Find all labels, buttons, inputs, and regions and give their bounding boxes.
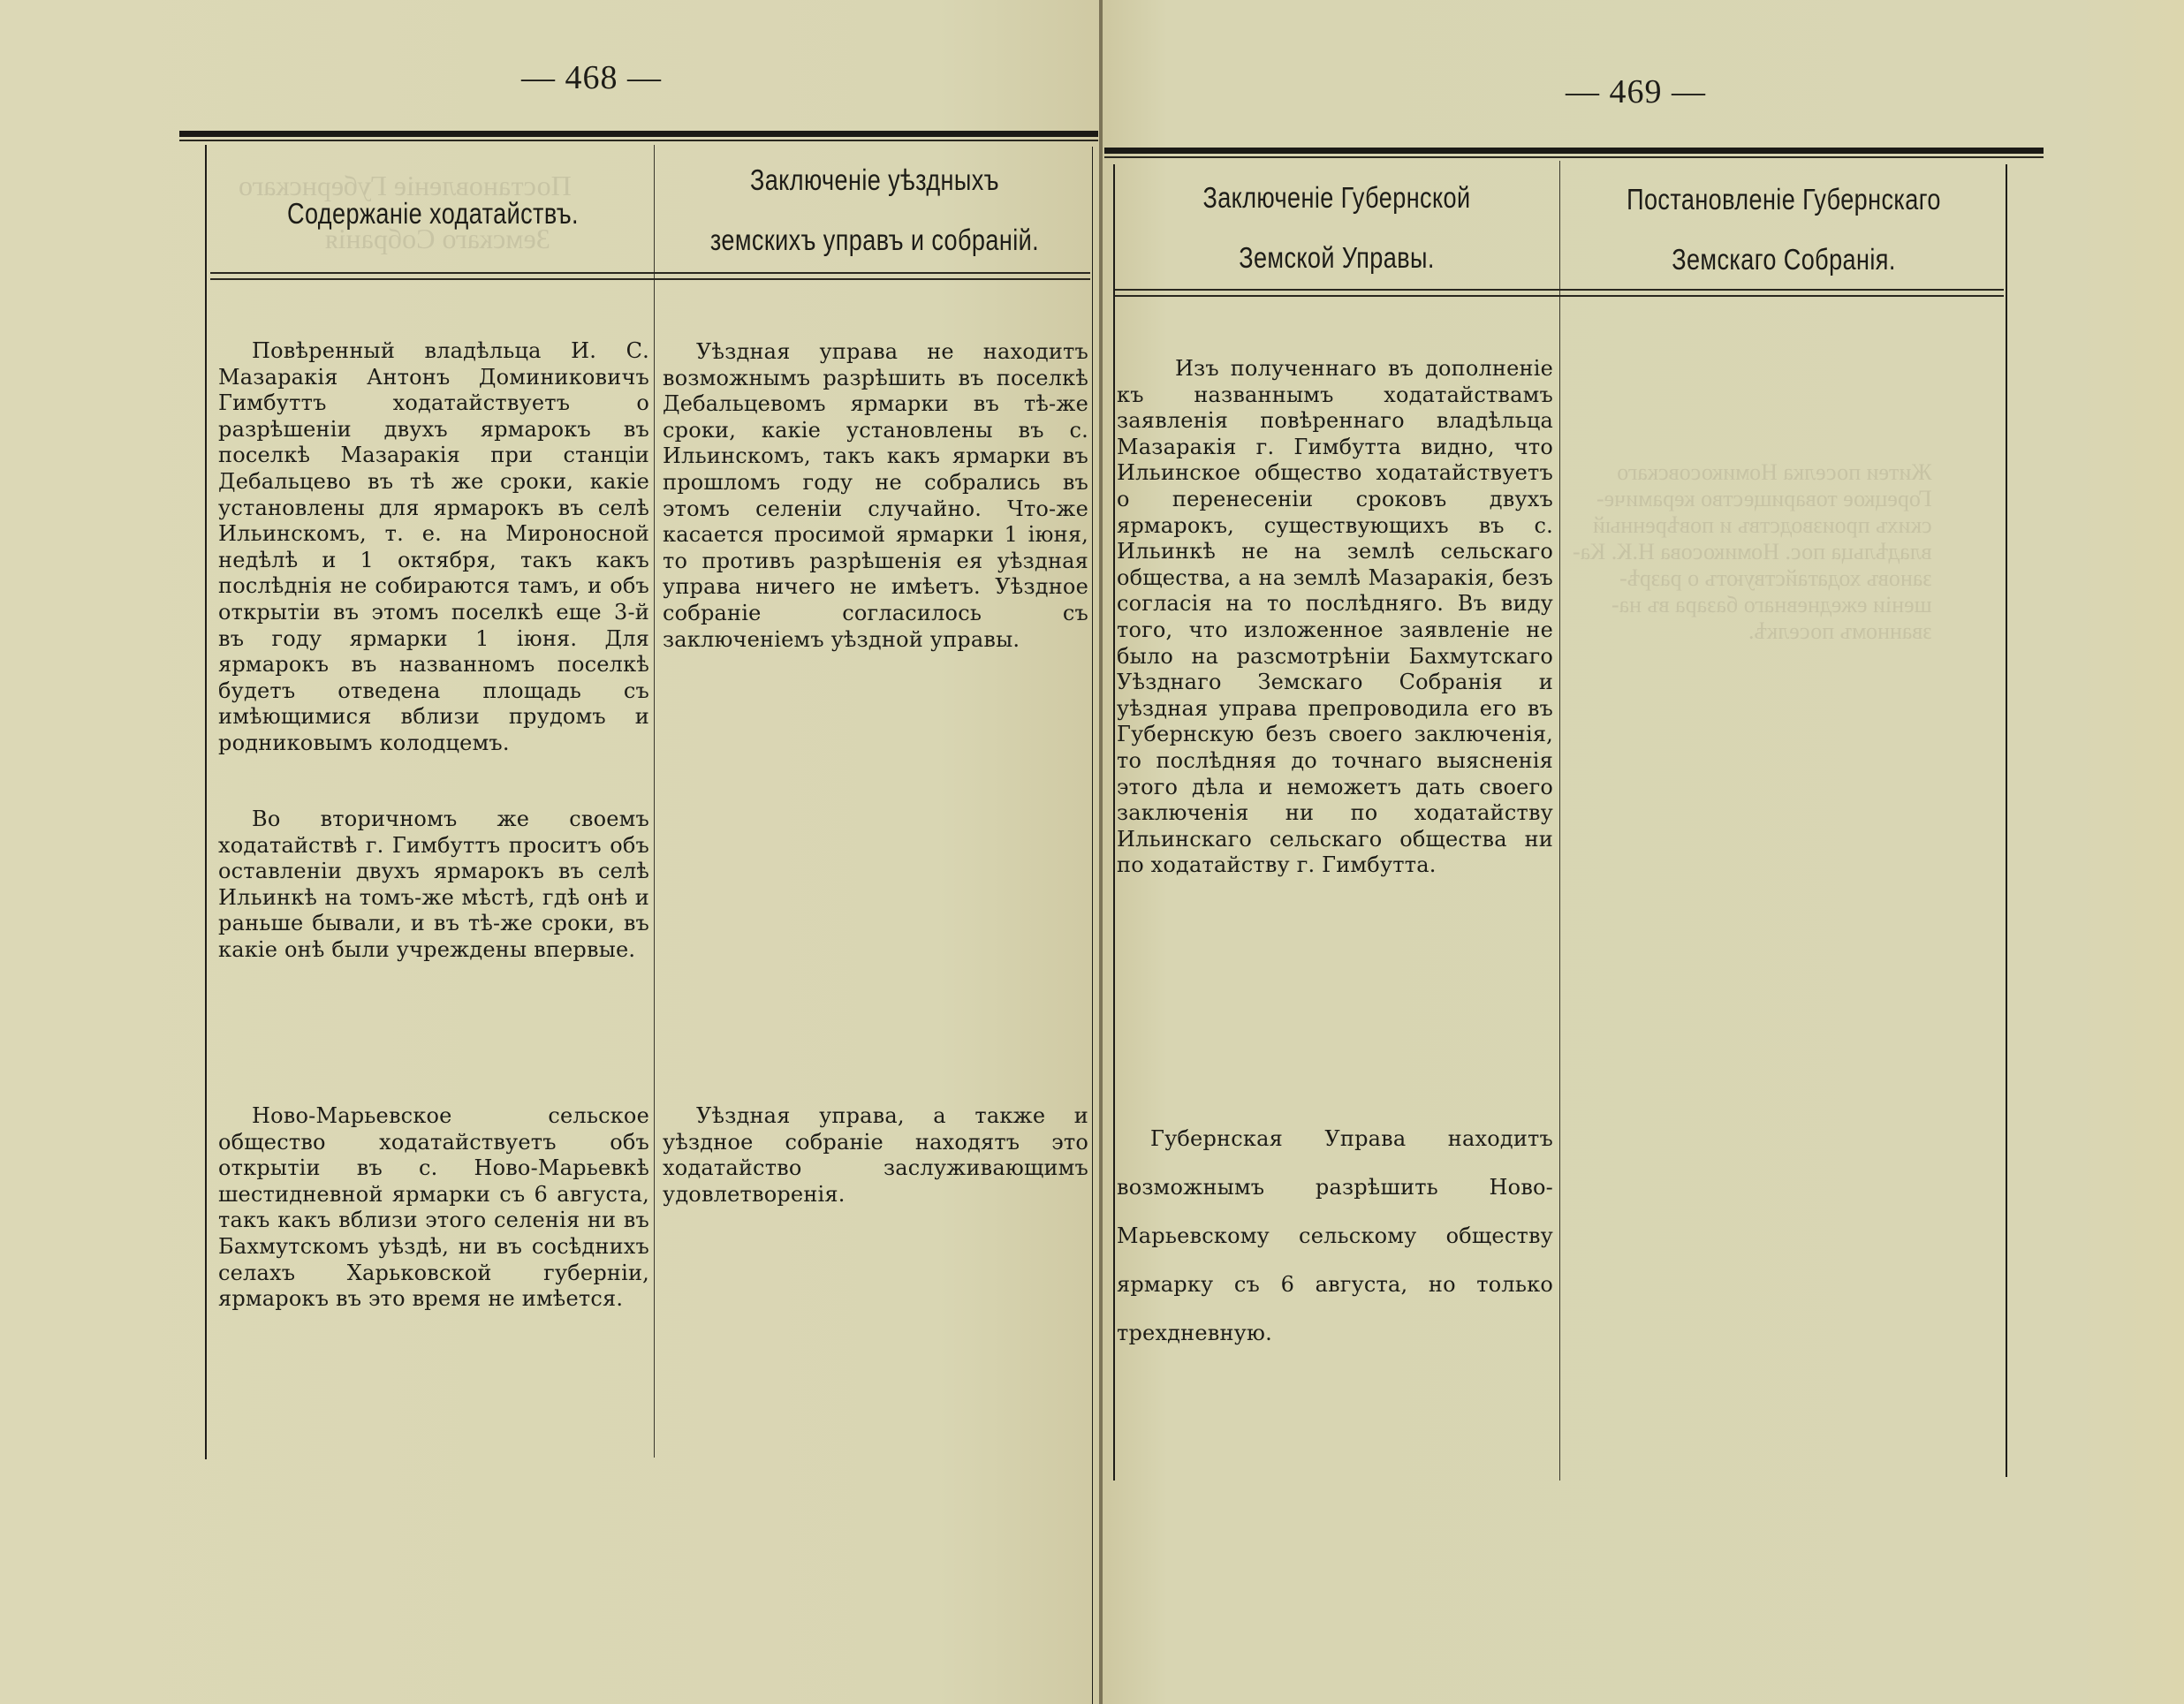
header-bottom-rule [210, 272, 1090, 274]
provincial-board-text-2: Губернская Управа находитъ возможнымъ ра… [1117, 1115, 1553, 1358]
header-bottom-rule-right-2 [1115, 295, 2004, 297]
column-divider-right [1559, 161, 1560, 1481]
header-bottom-rule-right [1115, 289, 2004, 291]
provincial-board-text-1: Изъ полученнаго въ дополненіе къ названн… [1117, 356, 1553, 879]
table-top-rule-thin [179, 140, 1098, 141]
petition-text-2: Во вторичномъ же своемъ ходатайствѣ г. Г… [218, 807, 649, 964]
table-top-rule-right [1104, 148, 2044, 154]
column-divider-left [654, 145, 655, 1458]
table-left-border-right-page [1113, 164, 1115, 1481]
column-header-provincial-board: Заключеніе Губернской Земской Управы. [1159, 168, 1514, 288]
table-top-rule-thin-right [1104, 156, 2044, 158]
petition-text-1: Повѣренный владѣльца И. С. Мазаракія Ант… [218, 338, 649, 757]
table-right-border [2006, 164, 2007, 1477]
book-spine [1099, 0, 1103, 1704]
page-number-right: — 469 — [1566, 72, 1706, 111]
district-conclusion-text-1: Уѣздная управа не находитъ возможнымъ ра… [663, 339, 1088, 653]
header-bottom-rule-2 [210, 278, 1090, 280]
petition-text-3: Ново-Марьевское сельское общество ходата… [218, 1103, 649, 1313]
table-top-rule [179, 131, 1098, 137]
district-conclusion-text-3: Уѣздная управа, а также и уѣздное собран… [663, 1103, 1088, 1208]
column-header-district-conclusion: Заключеніе уѣздныхъ земскихъ управъ и со… [697, 150, 1052, 270]
table-left-border [205, 145, 207, 1459]
table-right-border-left-page [1092, 147, 1093, 1704]
page-number-left: — 468 — [521, 58, 662, 97]
column-header-petitions: Содержаніе ходатайствъ. [252, 184, 614, 244]
column-header-provincial-assembly: Постановленіе Губернскаго Земскаго Собра… [1604, 170, 1962, 290]
